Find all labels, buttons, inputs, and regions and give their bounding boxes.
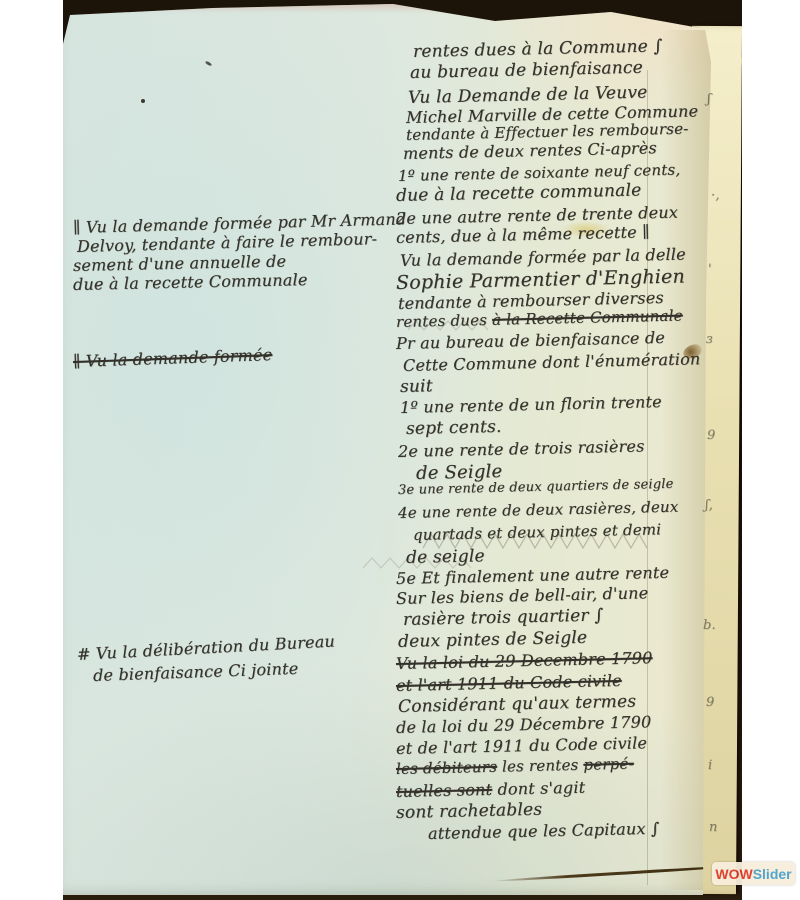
manuscript-page: ∥ Vu la demande formée par Mr ArmandDelv… — [63, 0, 742, 900]
margin-note-line: ∥ Vu la demande formée — [73, 345, 273, 371]
margin-note-line: de bienfaisance Ci jointe — [93, 659, 299, 685]
hand-text: rentes dues — [396, 311, 492, 331]
wowslider-watermark[interactable]: WOWSlider — [712, 862, 795, 885]
manuscript-line: Pr au bureau de bienfaisance de — [396, 328, 665, 353]
hand-text: 4e une rente de deux rasières, deux — [398, 498, 679, 522]
hand-text: au bureau de bienfaisance — [410, 58, 643, 83]
manuscript-line: sept cents. — [406, 417, 502, 439]
struck-text: et l'art 1911 du Code civile — [396, 671, 622, 695]
ink-speck — [141, 99, 145, 103]
manuscript-line: 4e une rente de deux rasières, deux — [398, 498, 679, 522]
hand-text: de seigle — [406, 546, 485, 568]
hand-text: de bienfaisance Ci jointe — [93, 659, 299, 685]
manuscript-line: suit — [400, 376, 433, 397]
manuscript-line: Cette Commune dont l'énumération — [403, 349, 701, 375]
hand-text: rasière trois quartier ∫ — [403, 605, 604, 630]
manuscript-photo[interactable]: ∥ Vu la demande formée par Mr ArmandDelv… — [63, 0, 742, 900]
struck-text: Vu la loi du 29 Decembre 1790 — [396, 648, 653, 673]
hand-text: due à la recette communale — [396, 180, 642, 206]
manuscript-line: sont rachetables — [396, 800, 543, 823]
manuscript-line: quartads et deux pintes et demi — [413, 520, 662, 544]
manuscript-line: tuelles sont dont s'agit — [396, 778, 586, 801]
hand-text: 2e une rente de trois rasières — [398, 436, 645, 461]
manuscript-line: due à la recette communale — [396, 180, 642, 206]
struck-text: perpé- — [583, 755, 634, 774]
hand-text: Pr au bureau de bienfaisance de — [396, 328, 665, 353]
hand-text: sont rachetables — [396, 800, 543, 823]
manuscript-line: Vu la loi du 29 Decembre 1790 — [396, 648, 653, 673]
struck-text: à la Recette Communale — [492, 306, 683, 328]
wowslider-brand-slider: Slider — [753, 867, 792, 881]
manuscript-line: et l'art 1911 du Code civile — [396, 671, 622, 695]
wowslider-brand-wow: WOW — [715, 867, 752, 881]
struck-text: les débiteurs — [396, 758, 497, 778]
page-edge-shading — [661, 30, 711, 890]
manuscript-line: attendue que les Capitaux ∫ — [428, 819, 660, 843]
ink-speck — [205, 60, 213, 66]
manuscript-line: deux pintes de Seigle — [398, 628, 588, 652]
margin-note-line: due à la recette Communale — [73, 270, 308, 294]
hand-text: les rentes — [497, 756, 584, 776]
hand-text: Cette Commune dont l'énumération — [403, 349, 701, 375]
manuscript-line: 1º une rente de un florin trente — [400, 392, 662, 417]
manuscript-line: rasière trois quartier ∫ — [403, 605, 604, 630]
hand-text: sept cents. — [406, 417, 502, 439]
hand-text: dont s'agit — [492, 778, 586, 799]
hand-text: deux pintes de Seigle — [398, 628, 588, 652]
manuscript-line: les débiteurs les rentes perpé- — [396, 755, 634, 778]
manuscript-line: au bureau de bienfaisance — [410, 58, 643, 83]
struck-text: tuelles sont — [396, 780, 493, 801]
manuscript-line: de seigle — [406, 546, 485, 568]
hand-text: attendue que les Capitaux ∫ — [428, 819, 660, 843]
hand-text: quartads et deux pintes et demi — [413, 520, 662, 544]
struck-text: ∥ Vu la demande formée — [73, 345, 273, 371]
manuscript-line: 2e une rente de trois rasières — [398, 436, 645, 461]
hand-text: 1º une rente de un florin trente — [400, 392, 662, 417]
hand-text: due à la recette Communale — [73, 270, 308, 294]
hand-text: suit — [400, 376, 433, 397]
